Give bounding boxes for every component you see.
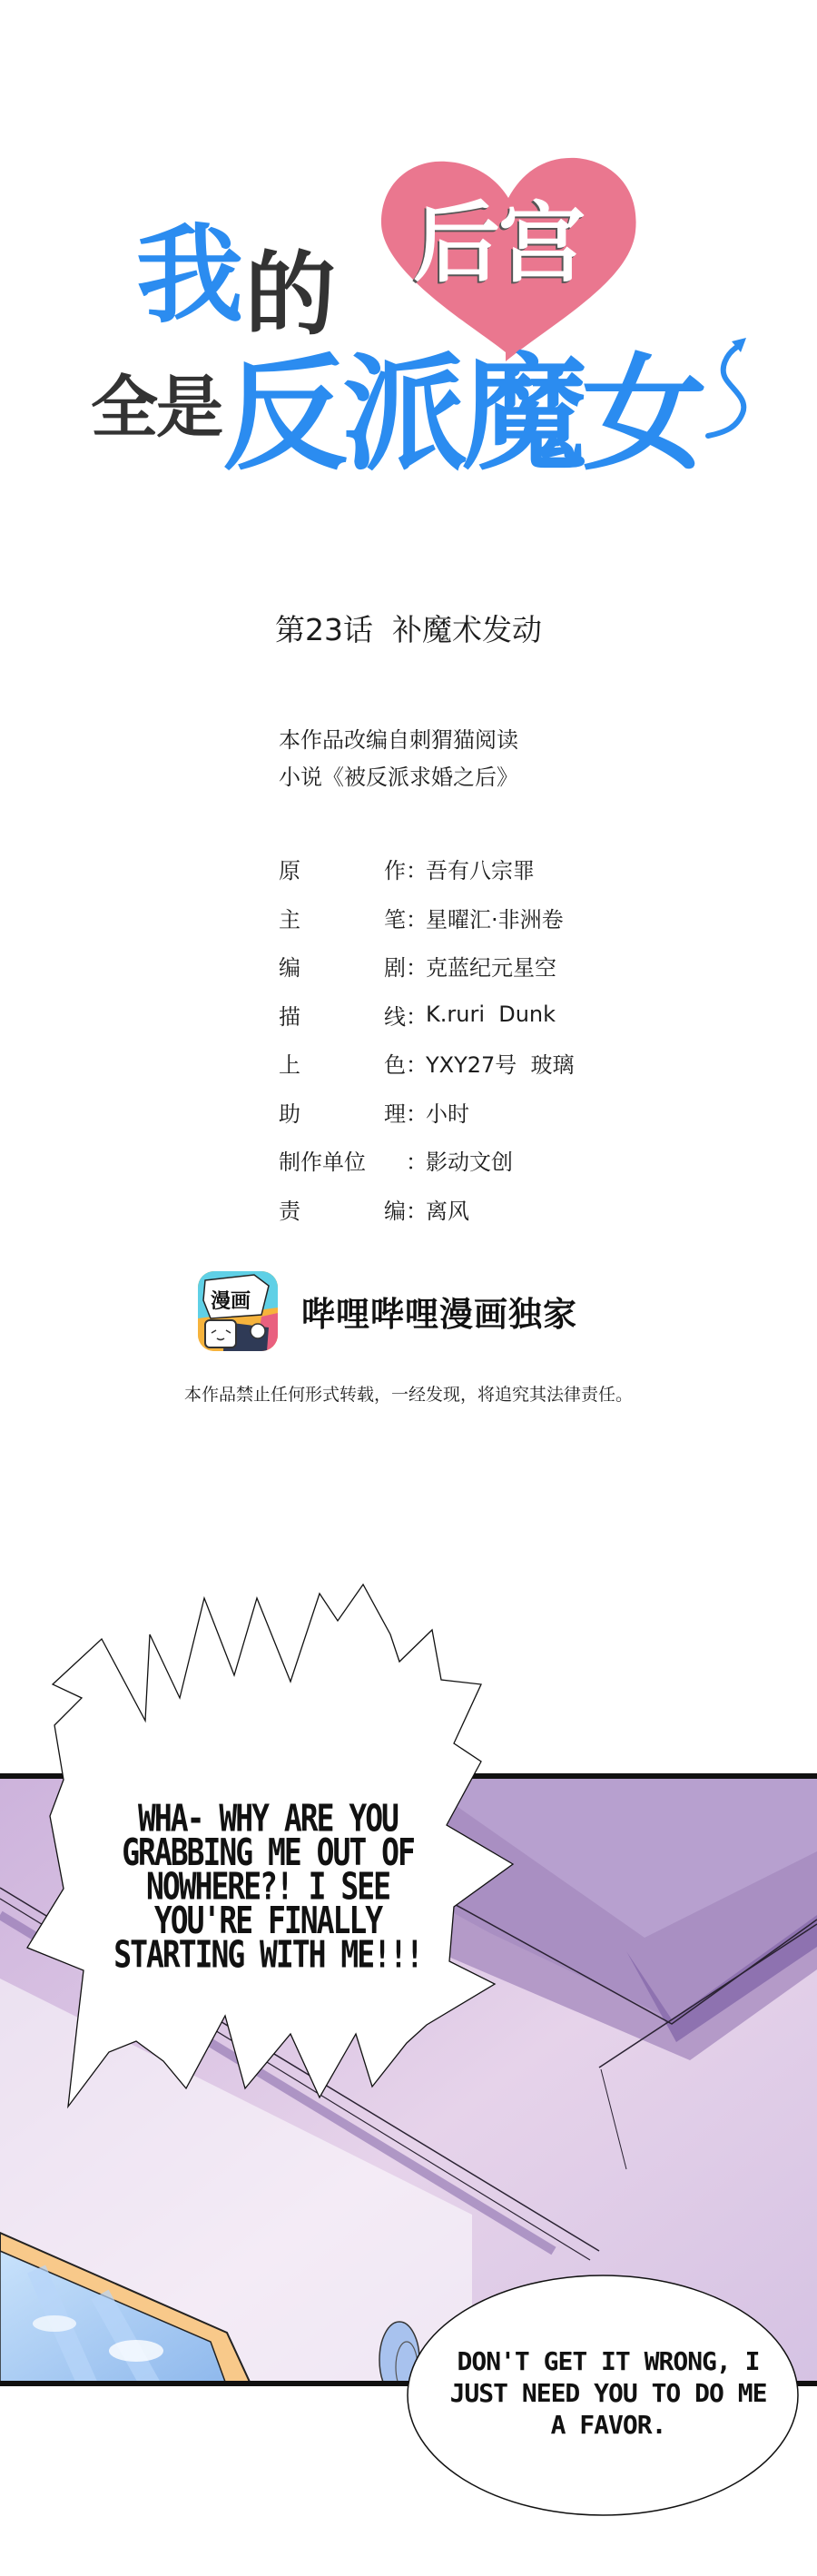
comic-title-logo: 我 的 后宫 全是 反派魔女: [0, 136, 817, 499]
credit-role: 线: [384, 999, 406, 1031]
credit-value: 影动文创: [426, 1144, 513, 1176]
credit-role: 原: [279, 853, 300, 884]
credit-role: 理: [384, 1096, 406, 1128]
credit-colon: ：: [406, 999, 426, 1031]
adaptation-line-2: 小说《被反派求婚之后》: [279, 759, 518, 796]
credit-value: 克蓝纪元星空: [426, 950, 556, 982]
credit-colon: ：: [406, 1096, 426, 1128]
credit-role: 编: [279, 950, 300, 982]
credit-row-coloring: 上色 ： YXY27号 玻璃: [279, 1039, 575, 1088]
adaptation-line-1: 本作品改编自刺猬猫阅读: [279, 722, 518, 759]
credit-role: 助: [279, 1096, 300, 1128]
credit-colon: ：: [406, 1144, 426, 1176]
svg-text:漫画: 漫画: [211, 1289, 251, 1313]
credit-role: 制作单位: [279, 1144, 406, 1176]
credit-value: 离风: [426, 1193, 469, 1225]
credit-colon: ：: [406, 902, 426, 933]
credit-role: 责: [279, 1193, 300, 1225]
shout-bubble-text: WHA- WHY ARE YOU GRABBING ME OUT OF NOWH…: [91, 1801, 445, 1972]
logo-line2-large: 反派魔女: [222, 352, 702, 478]
credit-role: 剧: [384, 950, 406, 982]
credit-role: 笔: [384, 902, 406, 933]
bilibili-exclusive-badge: 漫画 哔哩哔哩漫画独家: [198, 1271, 577, 1351]
credit-row-lead-artist: 主笔 ： 星曜汇·非洲卷: [279, 893, 575, 943]
logo-line2-small: 全是: [91, 374, 221, 441]
credit-role: 描: [279, 999, 300, 1031]
credit-colon: ：: [406, 1193, 426, 1225]
credit-colon: ：: [406, 950, 426, 982]
credit-value: YXY27号 玻璃: [426, 1047, 575, 1079]
credit-role: 编: [384, 1193, 406, 1225]
credit-row-lineart: 描线 ： K.ruri Dunk: [279, 991, 575, 1040]
speech-bubble-text: DON'T GET IT WRONG, I JUST NEED YOU TO D…: [445, 2345, 772, 2441]
credits-list: 原作 ： 吾有八宗罪 主笔 ： 星曜汇·非洲卷 编剧 ： 克蓝纪元星空 描线 ：…: [279, 844, 575, 1233]
credit-role: 色: [384, 1047, 406, 1079]
credit-value: 小时: [426, 1096, 469, 1128]
credit-row-assistant: 助理 ： 小时: [279, 1088, 575, 1137]
credit-colon: ：: [406, 853, 426, 884]
credit-colon: ：: [406, 1047, 426, 1079]
credit-role: 上: [279, 1047, 300, 1079]
exclusive-label: 哔哩哔哩漫画独家: [301, 1287, 577, 1336]
logo-char-de: 的: [245, 250, 334, 341]
bilibili-manga-app-icon: 漫画: [198, 1271, 278, 1351]
logo-heart-text: 后宫: [413, 200, 584, 287]
credit-row-script: 编剧 ： 克蓝纪元星空: [279, 942, 575, 991]
credit-row-editor: 责编 ： 离风: [279, 1185, 575, 1234]
credit-role: 主: [279, 902, 300, 933]
credit-row-original-author: 原作 ： 吾有八宗罪: [279, 844, 575, 893]
adaptation-note: 本作品改编自刺猬猫阅读 小说《被反派求婚之后》: [279, 722, 518, 796]
credit-value: 星曜汇·非洲卷: [426, 902, 564, 933]
credit-role: 作: [384, 853, 406, 884]
copyright-notice: 本作品禁止任何形式转载，一经发现，将追究其法律责任。: [0, 1381, 817, 1406]
chapter-title: 第23话 补魔术发动: [0, 607, 817, 649]
credit-value: 吾有八宗罪: [426, 853, 535, 884]
credit-row-production: 制作单位 ： 影动文创: [279, 1136, 575, 1185]
logo-char-wo: 我: [136, 222, 241, 329]
credit-value: K.ruri Dunk: [426, 1002, 556, 1027]
